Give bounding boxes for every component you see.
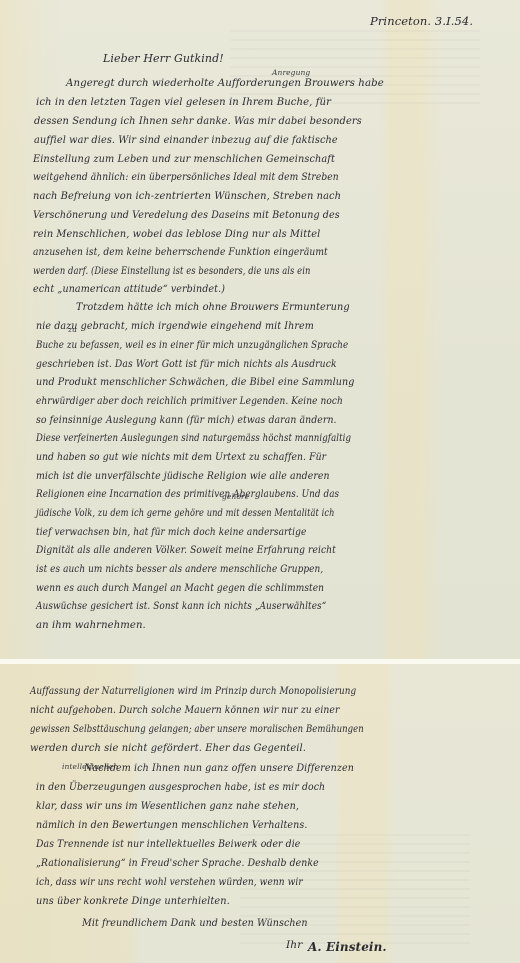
letter-line: Dignität als alle anderen Völker. Soweit… — [36, 541, 336, 560]
letter-line: dessen Sendung ich Ihnen sehr danke. Was… — [34, 112, 362, 131]
letter-line: wenn es auch durch Mangel an Macht gegen… — [36, 579, 324, 598]
letter-line: echt „unamerican attitude“ verbindet.) — [33, 280, 225, 299]
letter-page-2: Auffassung der Naturreligionen wird im P… — [0, 664, 520, 963]
letter-line: ich in den letzten Tagen viel gelesen in… — [36, 93, 331, 112]
letter-line: Diese verfeinerten Auslegungen sind natu… — [36, 429, 351, 448]
letter-line: „Rationalisierung“ in Freud'scher Sprach… — [36, 854, 319, 873]
letter-line: Einstellung zum Leben und zur menschlich… — [33, 150, 335, 169]
letter-line: ich, dass wir uns recht wohl verstehen w… — [36, 873, 303, 892]
letter-line: ehrwürdiger aber doch reichlich primitiv… — [36, 392, 343, 411]
letter-line: jüdische Volk, zu dem ich gerne gehöre u… — [36, 504, 334, 523]
letter-line: so feinsinnige Auslegung kann (für mich)… — [36, 411, 337, 430]
letter-line: Angeregt durch wiederholte Aufforderunge… — [66, 74, 384, 93]
letter-line: rein Menschlichen, wobei das leblose Din… — [33, 225, 320, 244]
letter-line: uns über konkrete Dinge unterhielten. — [36, 892, 230, 911]
letter-line: Nachdem ich Ihnen nun ganz offen unsere … — [84, 759, 354, 778]
letter-line: ist es auch um nichts besser als andere … — [36, 560, 323, 579]
insertion-gehoere: gehöre — [222, 492, 249, 501]
letter-line: gewissen Selbsttäuschung gelangen; aber … — [30, 720, 364, 739]
letter-line: Auffassung der Naturreligionen wird im P… — [30, 682, 356, 701]
salutation: Lieber Herr Gutkind! — [103, 52, 224, 65]
letter-line: werden darf. (Diese Einstellung ist es b… — [33, 262, 310, 281]
insertion-zu: zu — [68, 325, 77, 334]
signature: A. Einstein. — [308, 940, 387, 954]
letter-line: Buche zu befassen, weil es in einer für … — [36, 336, 348, 355]
closing-prefix: Ihr — [286, 936, 302, 955]
letter-line: weitgehend ähnlich: ein überpersönliches… — [33, 168, 339, 187]
letter-line: nicht aufgehoben. Durch solche Mauern kö… — [30, 701, 339, 720]
letter-line: tief verwachsen bin, hat für mich doch k… — [36, 523, 306, 542]
letter-line: an ihm wahrnehmen. — [36, 616, 146, 635]
letter-line: Trotzdem hätte ich mich ohne Brouwers Er… — [76, 298, 350, 317]
letter-line: und Produkt menschlicher Schwächen, die … — [36, 373, 354, 392]
letter-line: Das Trennende ist nur intellektuelles Be… — [36, 835, 300, 854]
letter-line: werden durch sie nicht gefördert. Eher d… — [30, 739, 306, 758]
letter-line: anzusehen ist, dem keine beherrschende F… — [33, 243, 328, 262]
letter-line: Religionen eine Incarnation des primitiv… — [36, 485, 339, 504]
letter-line: auffiel war dies. Wir sind einander inbe… — [34, 131, 338, 150]
letter-page-1: Princeton. 3.I.54. Lieber Herr Gutkind! … — [0, 0, 520, 659]
closing-line: Mit freundlichem Dank und besten Wünsche… — [82, 914, 308, 933]
letter-line: nie dazu gebracht, mich irgendwie eingeh… — [36, 317, 314, 336]
letter-line: Verschönerung und Veredelung des Daseins… — [33, 206, 340, 225]
letter-line: klar, dass wir uns im Wesentlichen ganz … — [36, 797, 299, 816]
letter-line: in den Überzeugungen ausgesprochen habe,… — [36, 778, 325, 797]
letter-line: und haben so gut wie nichts mit dem Urte… — [36, 448, 326, 467]
letter-line: geschrieben ist. Das Wort Gott ist für m… — [36, 355, 337, 374]
letter-line: nach Befreiung von ich-zentrierten Wünsc… — [33, 187, 341, 206]
letter-date: Princeton. 3.I.54. — [370, 14, 473, 28]
letter-line: mich ist die unverfälschte jüdische Reli… — [36, 467, 330, 486]
letter-line: Auswüchse gesichert ist. Sonst kann ich … — [36, 597, 326, 616]
letter-line: nämlich in den Bewertungen menschlichen … — [36, 816, 307, 835]
